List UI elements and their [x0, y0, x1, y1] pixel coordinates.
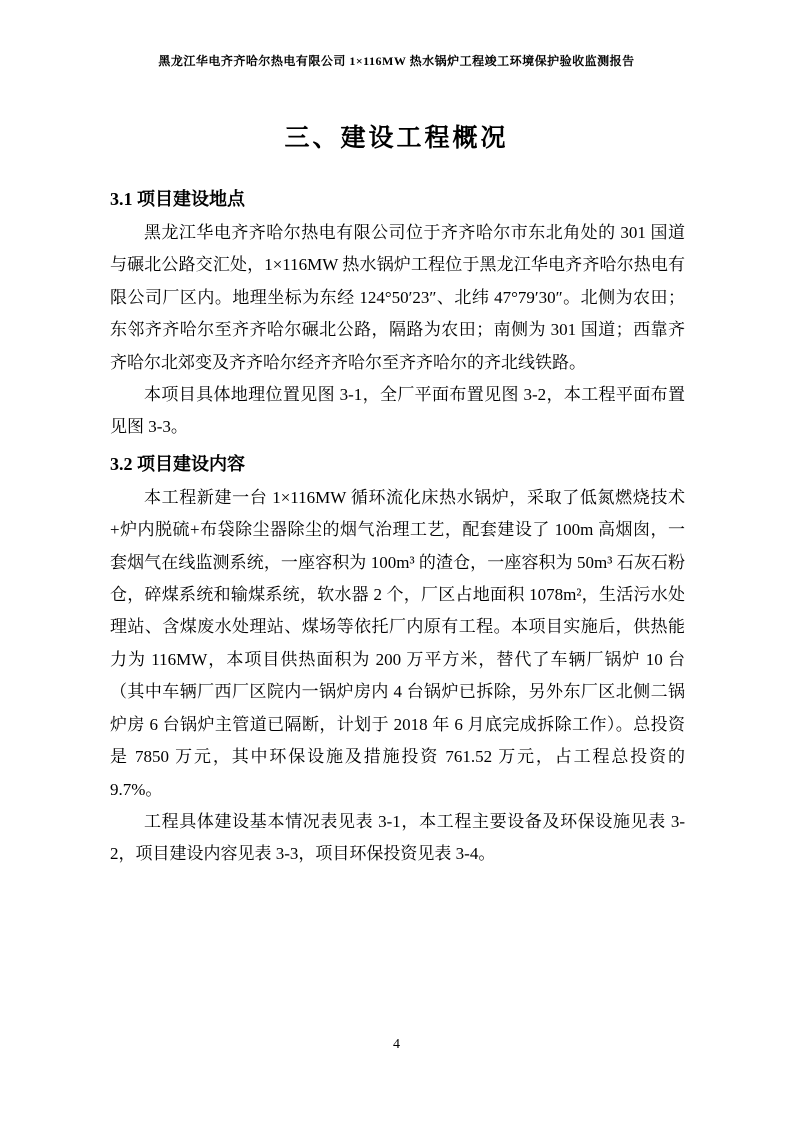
paragraph-content-1: 本工程新建一台 1×116MW 循环流化床热水锅炉，采取了低氮燃烧技术+炉内脱硫…: [110, 482, 685, 806]
content-area: 3.1 项目建设地点 黑龙江华电齐齐哈尔热电有限公司位于齐齐哈尔市东北角处的 3…: [110, 186, 685, 871]
document-page: 黑龙江华电齐齐哈尔热电有限公司 1×116MW 热水锅炉工程竣工环境保护验收监测…: [0, 0, 793, 1122]
paragraph-location-2: 本项目具体地理位置见图 3-1，全厂平面布置见图 3-2，本工程平面布置见图 3…: [110, 379, 685, 444]
section-heading-3-1: 3.1 项目建设地点: [110, 186, 685, 212]
running-header: 黑龙江华电齐齐哈尔热电有限公司 1×116MW 热水锅炉工程竣工环境保护验收监测…: [0, 52, 793, 69]
paragraph-location-1: 黑龙江华电齐齐哈尔热电有限公司位于齐齐哈尔市东北角处的 301 国道与碾北公路交…: [110, 217, 685, 379]
section-heading-3-2: 3.2 项目建设内容: [110, 451, 685, 477]
chapter-title: 三、建设工程概况: [0, 118, 793, 154]
paragraph-content-2: 工程具体建设基本情况表见表 3-1，本工程主要设备及环保设施见表 3-2，项目建…: [110, 806, 685, 871]
page-number: 4: [0, 1037, 793, 1053]
